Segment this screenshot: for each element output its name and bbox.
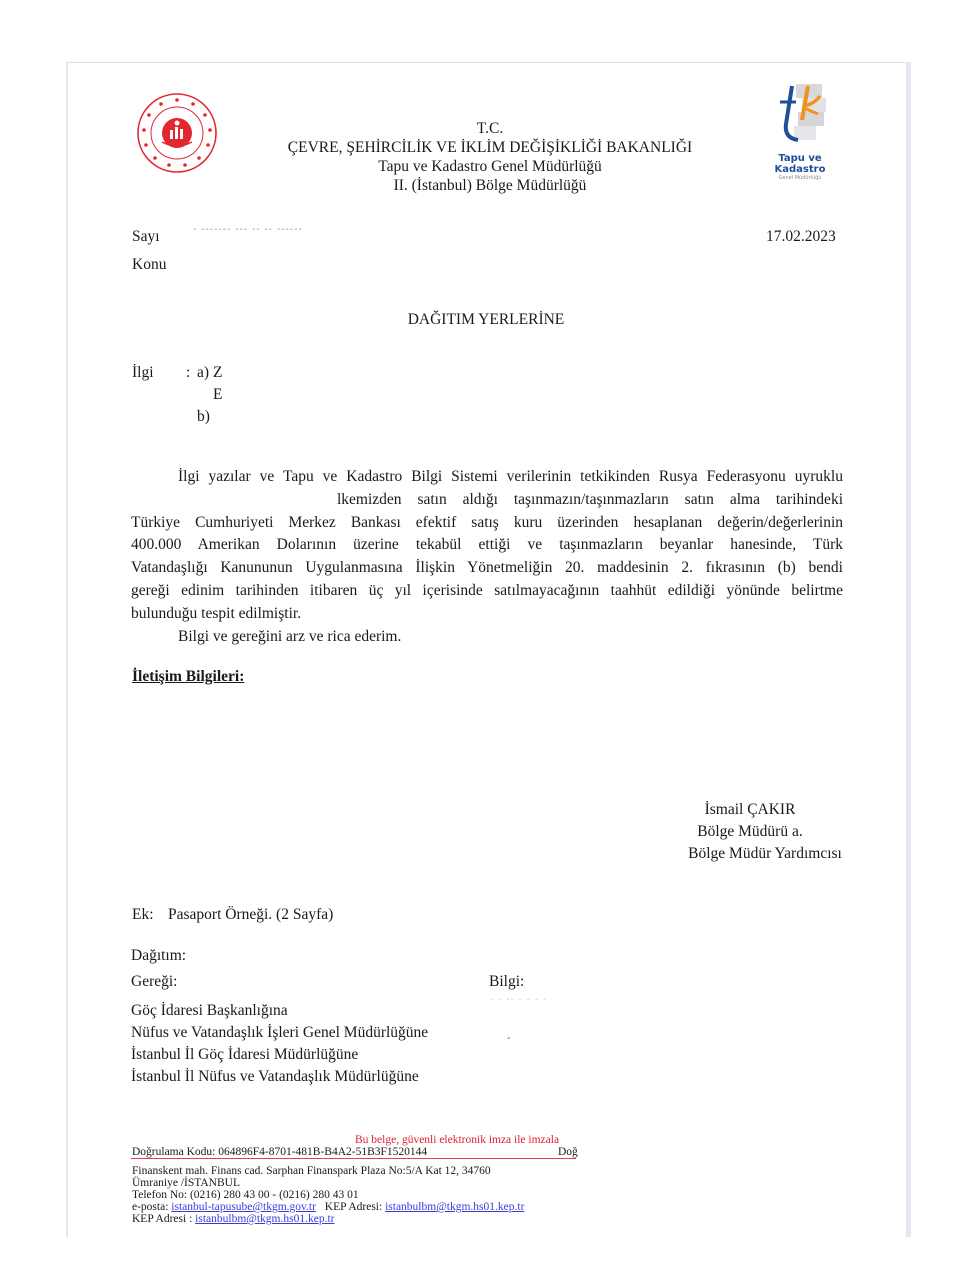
kep-label-2: KEP Adresi : [132, 1213, 192, 1225]
signatory-subtitle: Bölge Müdür Yardımcısı [680, 843, 850, 865]
ilgi-a-cont: E [213, 386, 222, 404]
signatory-title: Bölge Müdürü a. [650, 821, 850, 843]
ilgi-label: İlgi [132, 364, 154, 382]
body-line: lkemizden satın aldığı taşınmazın/taşınm… [131, 489, 843, 512]
bilgi-label: Bilgi: [489, 973, 524, 991]
bilgi-redacted: - - -- - - - - [490, 994, 547, 1005]
distribution-item: Göç İdaresi Başkanlığına [131, 1000, 428, 1022]
esign-notice: Bu belge, güvenli elektronik imza ile im… [355, 1134, 559, 1146]
konu-label: Konu [132, 256, 166, 274]
body-line: İlgi yazılar ve Tapu ve Kadastro Bilgi S… [131, 466, 843, 489]
distribution-item: İstanbul İl Göç İdaresi Müdürlüğüne [131, 1044, 428, 1066]
kep-row: KEP Adresi : istanbulbm@tkgm.hs01.kep.tr [132, 1213, 334, 1225]
closing-line: Bilgi ve gereğini arz ve rica ederim. [131, 626, 843, 649]
distribution-heading: Dağıtım: [131, 947, 186, 965]
body-line: Türkiye Cumhuriyeti Merkez Bankası efekt… [131, 512, 843, 535]
tkgm-logo-text: Tapu ve Kadastro [752, 153, 848, 175]
bilgi-dot: - [507, 1033, 511, 1044]
ilgi-b-prefix: b) [197, 408, 210, 426]
address-line-2: Ümraniye /İSTANBUL [132, 1177, 240, 1189]
verification-right: Doğ [558, 1146, 578, 1158]
signatory-name: İsmail ÇAKIR [650, 799, 850, 821]
sayi-value-redacted: - ------- --- -- -- ------ [193, 224, 303, 235]
sayi-label: Sayı [132, 228, 160, 246]
attachment-label: Ek: [132, 906, 154, 924]
gere-label: Gereği: [131, 973, 177, 991]
ilgi-colon: : [186, 364, 190, 382]
ilgi-a-text: Z [213, 364, 222, 382]
body-line: 400.000 Amerikan Dolarının üzerine tekab… [131, 534, 843, 557]
ilgi-a-prefix: a) [197, 364, 209, 382]
contact-heading: İletişim Bilgileri: [132, 668, 244, 686]
verification-code: Doğrulama Kodu: 064896F4-8701-481B-B4A2-… [132, 1146, 427, 1158]
tkgm-logo: Tapu ve Kadastro Genel Müdürlüğü [752, 80, 848, 172]
recipient-title: DAĞITIM YERLERİNE [0, 311, 960, 329]
kep-link-2[interactable]: istanbulbm@tkgm.hs01.kep.tr [195, 1213, 334, 1225]
distribution-item: İstanbul İl Nüfus ve Vatandaşlık Müdürlü… [131, 1066, 428, 1088]
document-date: 17.02.2023 [766, 228, 836, 246]
body-line: Vatandaşlığı Kanununun Uygulanmasına İli… [131, 557, 843, 580]
kep-link[interactable]: istanbulbm@tkgm.hs01.kep.tr [385, 1201, 524, 1213]
distribution-item: Nüfus ve Vatandaşlık İşleri Genel Müdürl… [131, 1022, 428, 1044]
attachment-value: Pasaport Örneği. (2 Sayfa) [168, 906, 333, 924]
kep-label: KEP Adresi: [325, 1201, 382, 1213]
gereği-list: Göç İdaresi Başkanlığına Nüfus ve Vatand… [131, 1000, 428, 1088]
letterhead-ministry: ÇEVRE, ŞEHİRCİLİK VE İKLİM DEĞİŞİKLİĞİ B… [230, 138, 750, 157]
letterhead-directorate: Tapu ve Kadastro Genel Müdürlüğü [230, 157, 750, 176]
ministry-emblem-icon [136, 92, 218, 174]
email-label: e-posta: [132, 1201, 168, 1213]
body-line: gereği edinim tarihinden itibaren üç yıl… [131, 580, 843, 603]
letterhead: T.C. ÇEVRE, ŞEHİRCİLİK VE İKLİM DEĞİŞİKL… [230, 119, 750, 195]
letterhead-tc: T.C. [230, 119, 750, 138]
body-paragraph: İlgi yazılar ve Tapu ve Kadastro Bilgi S… [131, 466, 843, 648]
tkgm-logo-icon [752, 80, 848, 146]
address-line-1: Finanskent mah. Finans cad. Sarphan Fina… [132, 1165, 491, 1177]
phone-line: Telefon No: (0216) 280 43 00 - (0216) 28… [132, 1189, 359, 1201]
email-row: e-posta: istanbul-tapusube@tkgm.gov.tr K… [132, 1201, 524, 1213]
verification-divider [131, 1158, 576, 1159]
tkgm-logo-subtext: Genel Müdürlüğü [752, 175, 848, 182]
email-link[interactable]: istanbul-tapusube@tkgm.gov.tr [171, 1201, 316, 1213]
body-line: bulunduğu tespit edilmiştir. [131, 603, 843, 626]
signature-block: İsmail ÇAKIR Bölge Müdürü a. Bölge Müdür… [650, 799, 850, 865]
letterhead-regional: II. (İstanbul) Bölge Müdürlüğü [230, 176, 750, 195]
